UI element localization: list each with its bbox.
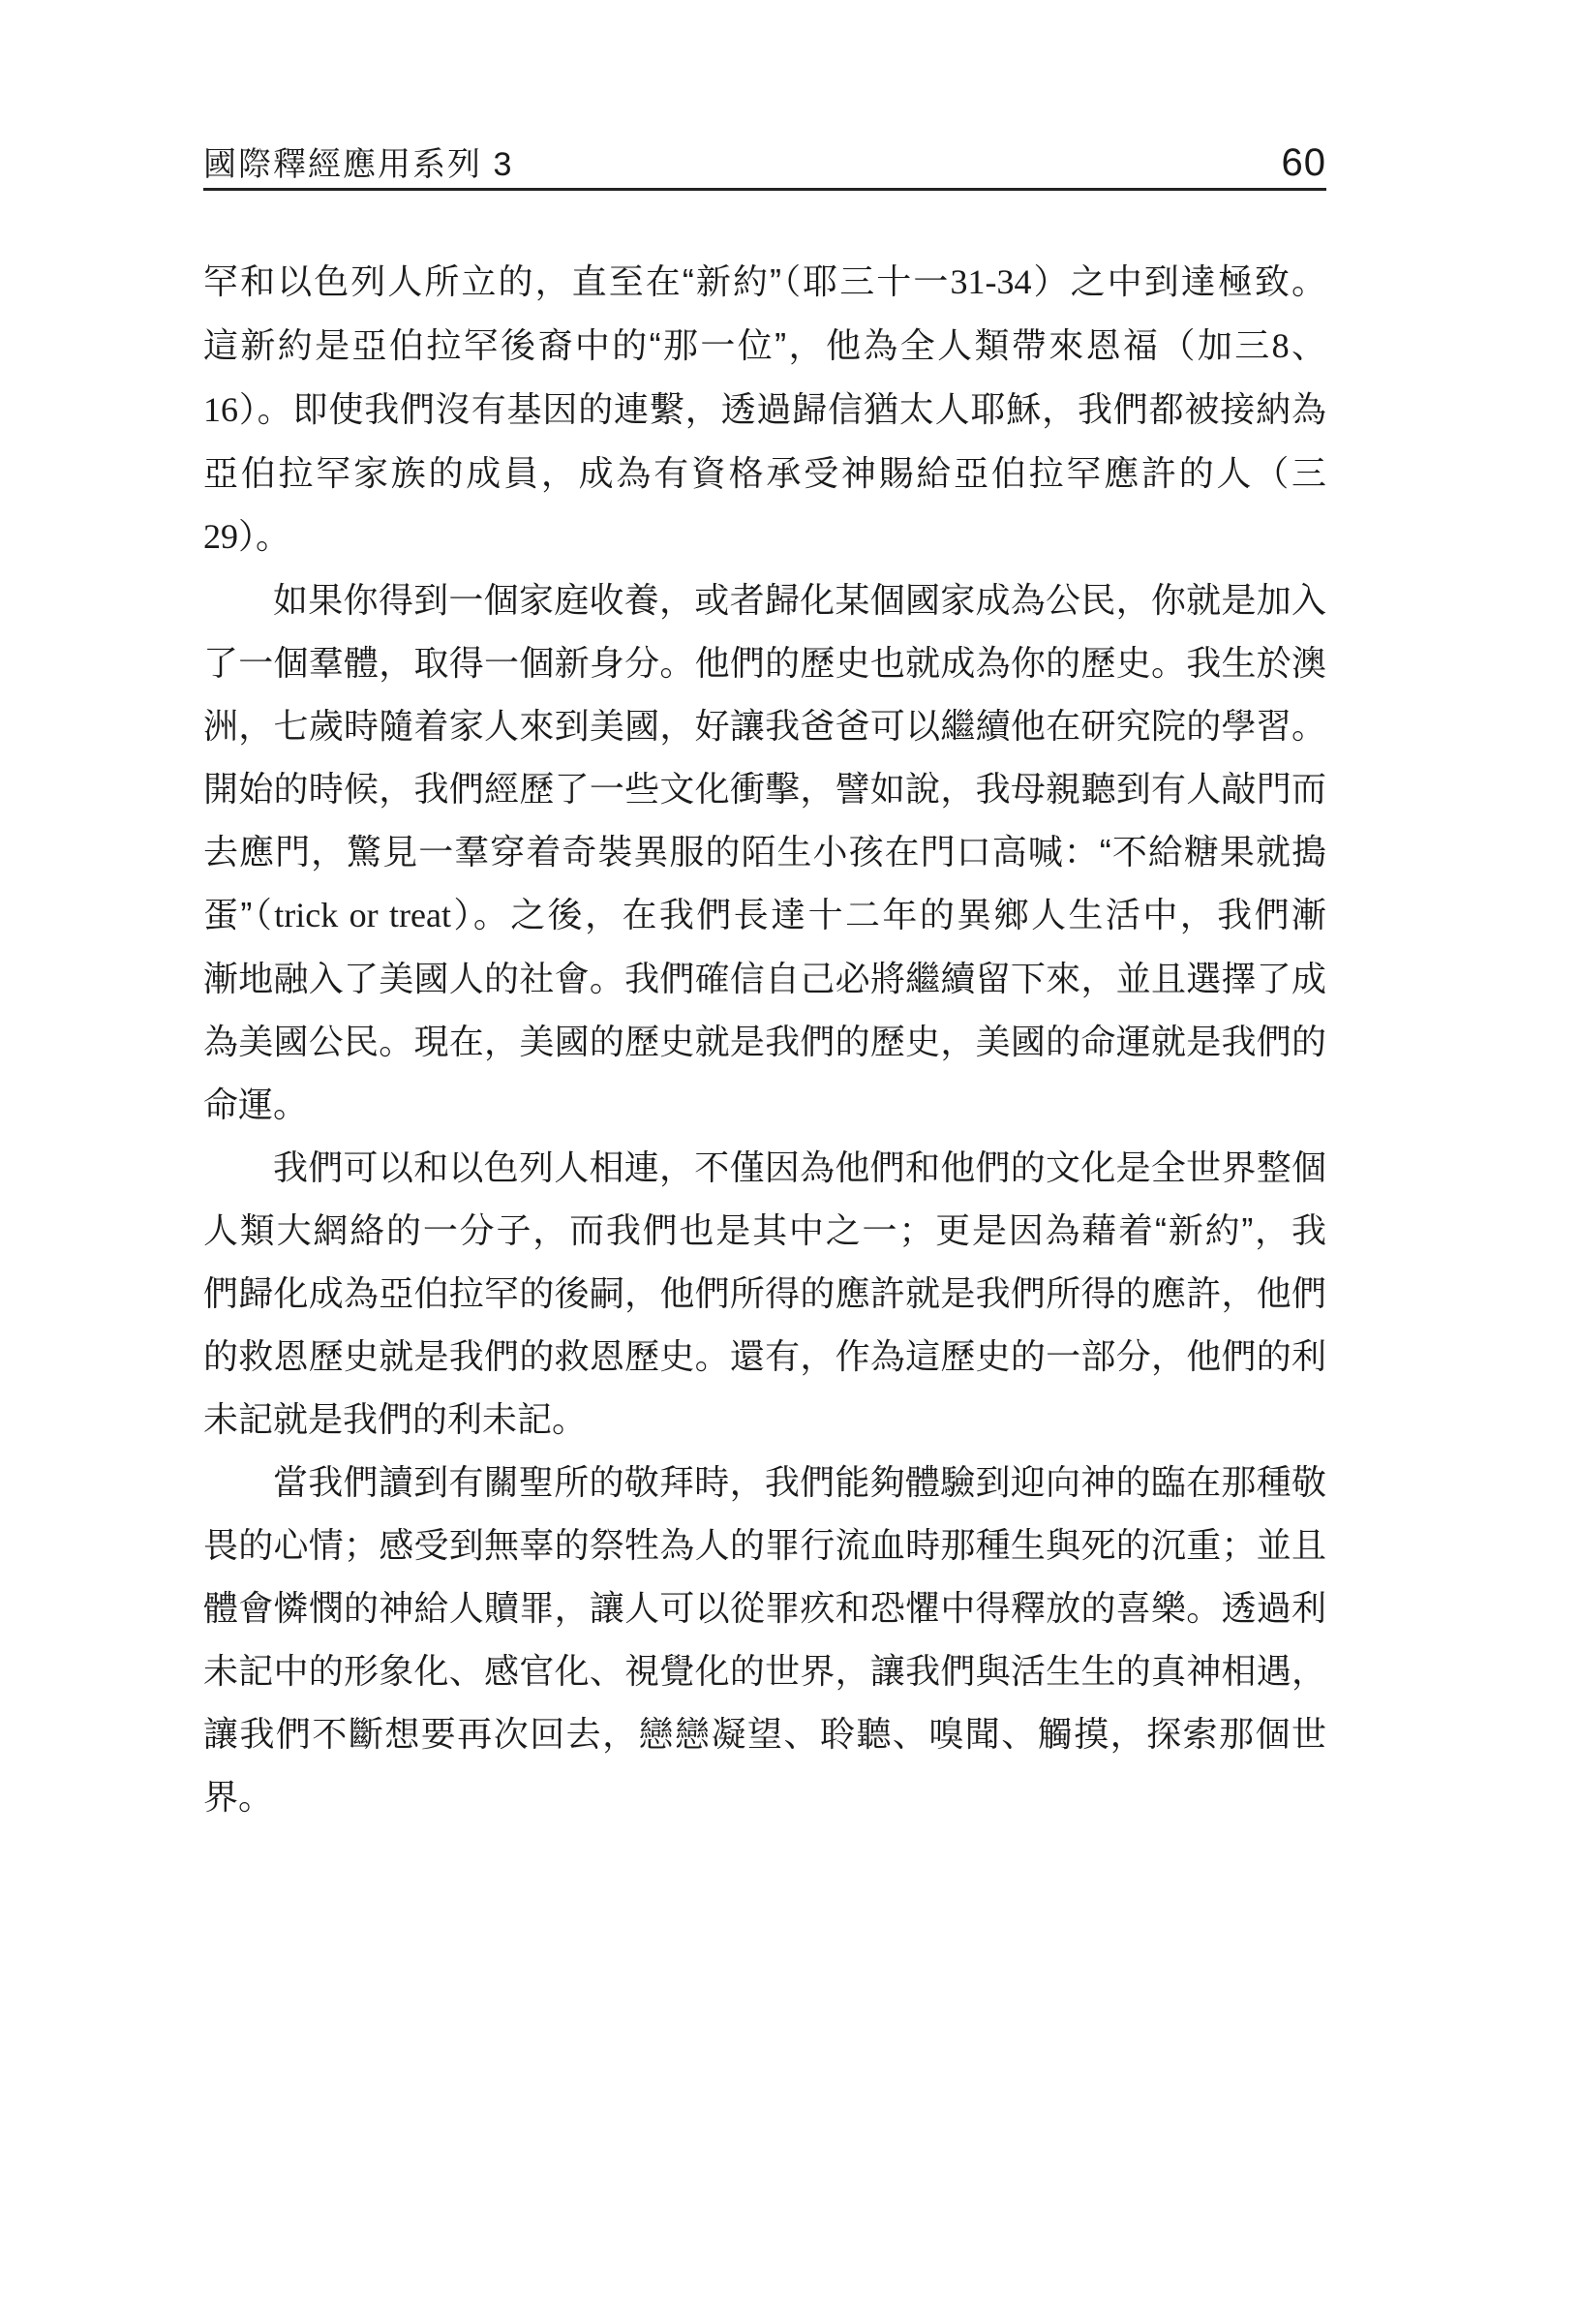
- header-rule: [203, 188, 1326, 191]
- text-line: 為美國公民。現在，美國的歷史就是我們的歷史，美國的命運就是我們的: [203, 1010, 1326, 1073]
- latin-text: 16: [203, 390, 238, 429]
- text-line: 亞伯拉罕家族的成員，成為有資格承受神賜給亞伯拉罕應許的人（三: [203, 442, 1326, 505]
- text-line: 去應門，驚見一羣穿着奇裝異服的陌生小孩在門口高喊：“不給糖果就搗: [203, 820, 1326, 883]
- paragraph: 我們可以和以色列人相連，不僅因為他們和他們的文化是全世界整個人類大網絡的一分子，…: [203, 1136, 1326, 1451]
- text-line: 界。: [203, 1765, 1326, 1828]
- text-line: 洲，七歲時隨着家人來到美國，好讓我爸爸可以繼續他在研究院的學習。: [203, 694, 1326, 757]
- text-line: 16）。即使我們沒有基因的連繫，透過歸信猶太人耶穌，我們都被接納為: [203, 378, 1326, 442]
- text-line: 當我們讀到有關聖所的敬拜時，我們能夠體驗到迎向神的臨在那種敬: [203, 1451, 1326, 1514]
- text-line: 未記中的形象化、感官化、視覺化的世界，讓我們與活生生的真神相遇，: [203, 1639, 1326, 1702]
- text-line: 如果你得到一個家庭收養，或者歸化某個國家成為公民，你就是加入: [203, 568, 1326, 631]
- text-line: 未記就是我們的利未記。: [203, 1388, 1326, 1451]
- text-line: 了一個羣體，取得一個新身分。他們的歷史也就成為你的歷史。我生於澳: [203, 631, 1326, 694]
- latin-text: trick or treat: [274, 896, 451, 934]
- text-line: 開始的時候，我們經歷了一些文化衝擊，譬如說，我母親聽到有人敲門而: [203, 757, 1326, 820]
- text-line: 這新約是亞伯拉罕後裔中的“那一位”，他為全人類帶來恩福（加三8、: [203, 314, 1326, 378]
- page-number: 60: [1282, 141, 1327, 185]
- latin-text: 8: [1272, 326, 1290, 365]
- body-text: 罕和以色列人所立的，直至在“新約”（耶三十一31-34）之中到達極致。這新約是亞…: [203, 250, 1326, 1828]
- text-line: 人類大網絡的一分子，而我們也是其中之一；更是因為藉着“新約”，我: [203, 1199, 1326, 1262]
- paragraph: 當我們讀到有關聖所的敬拜時，我們能夠體驗到迎向神的臨在那種敬畏的心情；感受到無辜…: [203, 1451, 1326, 1828]
- text-line: 體會憐憫的神給人贖罪，讓人可以從罪疚和恐懼中得釋放的喜樂。透過利: [203, 1576, 1326, 1639]
- text-line: 們歸化成為亞伯拉罕的後嗣，他們所得的應許就是我們所得的應許，他們: [203, 1262, 1326, 1325]
- text-line: 讓我們不斷想要再次回去，戀戀凝望、聆聽、嗅聞、觸摸，探索那個世: [203, 1702, 1326, 1765]
- text-line: 漸地融入了美國人的社會。我們確信自己必將繼續留下來，並且選擇了成: [203, 947, 1326, 1010]
- page-header: 國際釋經應用系列 3 60: [203, 138, 1326, 185]
- latin-text: 29: [203, 517, 238, 556]
- text-line: 畏的心情；感受到無辜的祭牲為人的罪行流血時那種生與死的沉重；並且: [203, 1514, 1326, 1576]
- text-line: 蛋”（trick or treat）。之後，在我們長達十二年的異鄉人生活中，我們…: [203, 883, 1326, 947]
- latin-text: 31-34: [950, 262, 1031, 301]
- text-line: 29）。: [203, 505, 1326, 568]
- text-line: 的救恩歷史就是我們的救恩歷史。還有，作為這歷史的一部分，他們的利: [203, 1325, 1326, 1388]
- text-line: 我們可以和以色列人相連，不僅因為他們和他們的文化是全世界整個: [203, 1136, 1326, 1199]
- text-line: 命運。: [203, 1073, 1326, 1136]
- text-line: 罕和以色列人所立的，直至在“新約”（耶三十一31-34）之中到達極致。: [203, 250, 1326, 314]
- series-title: 國際釋經應用系列 3: [203, 138, 513, 185]
- paragraph: 如果你得到一個家庭收養，或者歸化某個國家成為公民，你就是加入了一個羣體，取得一個…: [203, 568, 1326, 1136]
- book-page: 國際釋經應用系列 3 60 罕和以色列人所立的，直至在“新約”（耶三十一31-3…: [0, 0, 1580, 2324]
- paragraph: 罕和以色列人所立的，直至在“新約”（耶三十一31-34）之中到達極致。這新約是亞…: [203, 250, 1326, 568]
